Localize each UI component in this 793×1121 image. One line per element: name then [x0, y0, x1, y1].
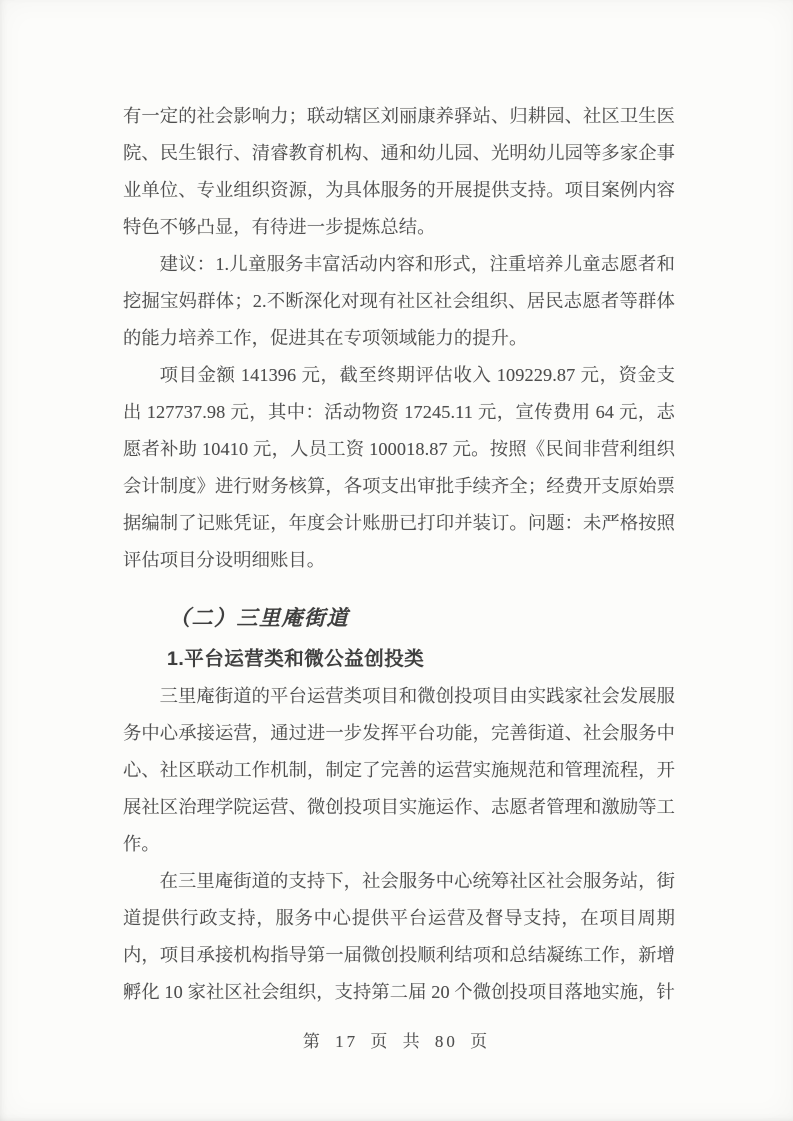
page-number-footer: 第 17 页 共 80 页 [0, 1030, 793, 1054]
document-body: 有一定的社会影响力；联动辖区刘丽康养驿站、归耕园、社区卫生医院、民生银行、清睿教… [123, 98, 675, 1011]
paragraph: 建议：1.儿童服务丰富活动内容和形式，注重培养儿童志愿者和挖掘宝妈群体；2.不断… [123, 246, 675, 357]
paragraph: 在三里庵街道的支持下，社会服务中心统筹社区社会服务站，街道提供行政支持，服务中心… [123, 863, 675, 1011]
document-page: 有一定的社会影响力；联动辖区刘丽康养驿站、归耕园、社区卫生医院、民生银行、清睿教… [0, 0, 793, 1121]
subsection-heading: 1.平台运营类和微公益创投类 [167, 641, 675, 678]
section-heading: （二）三里庵街道 [169, 600, 675, 637]
paragraph: 有一定的社会影响力；联动辖区刘丽康养驿站、归耕园、社区卫生医院、民生银行、清睿教… [123, 98, 675, 246]
paragraph: 三里庵街道的平台运营类项目和微创投项目由实践家社会发展服务中心承接运营，通过进一… [123, 678, 675, 863]
paragraph: 项目金额 141396 元，截至终期评估收入 109229.87 元，资金支出 … [123, 357, 675, 579]
